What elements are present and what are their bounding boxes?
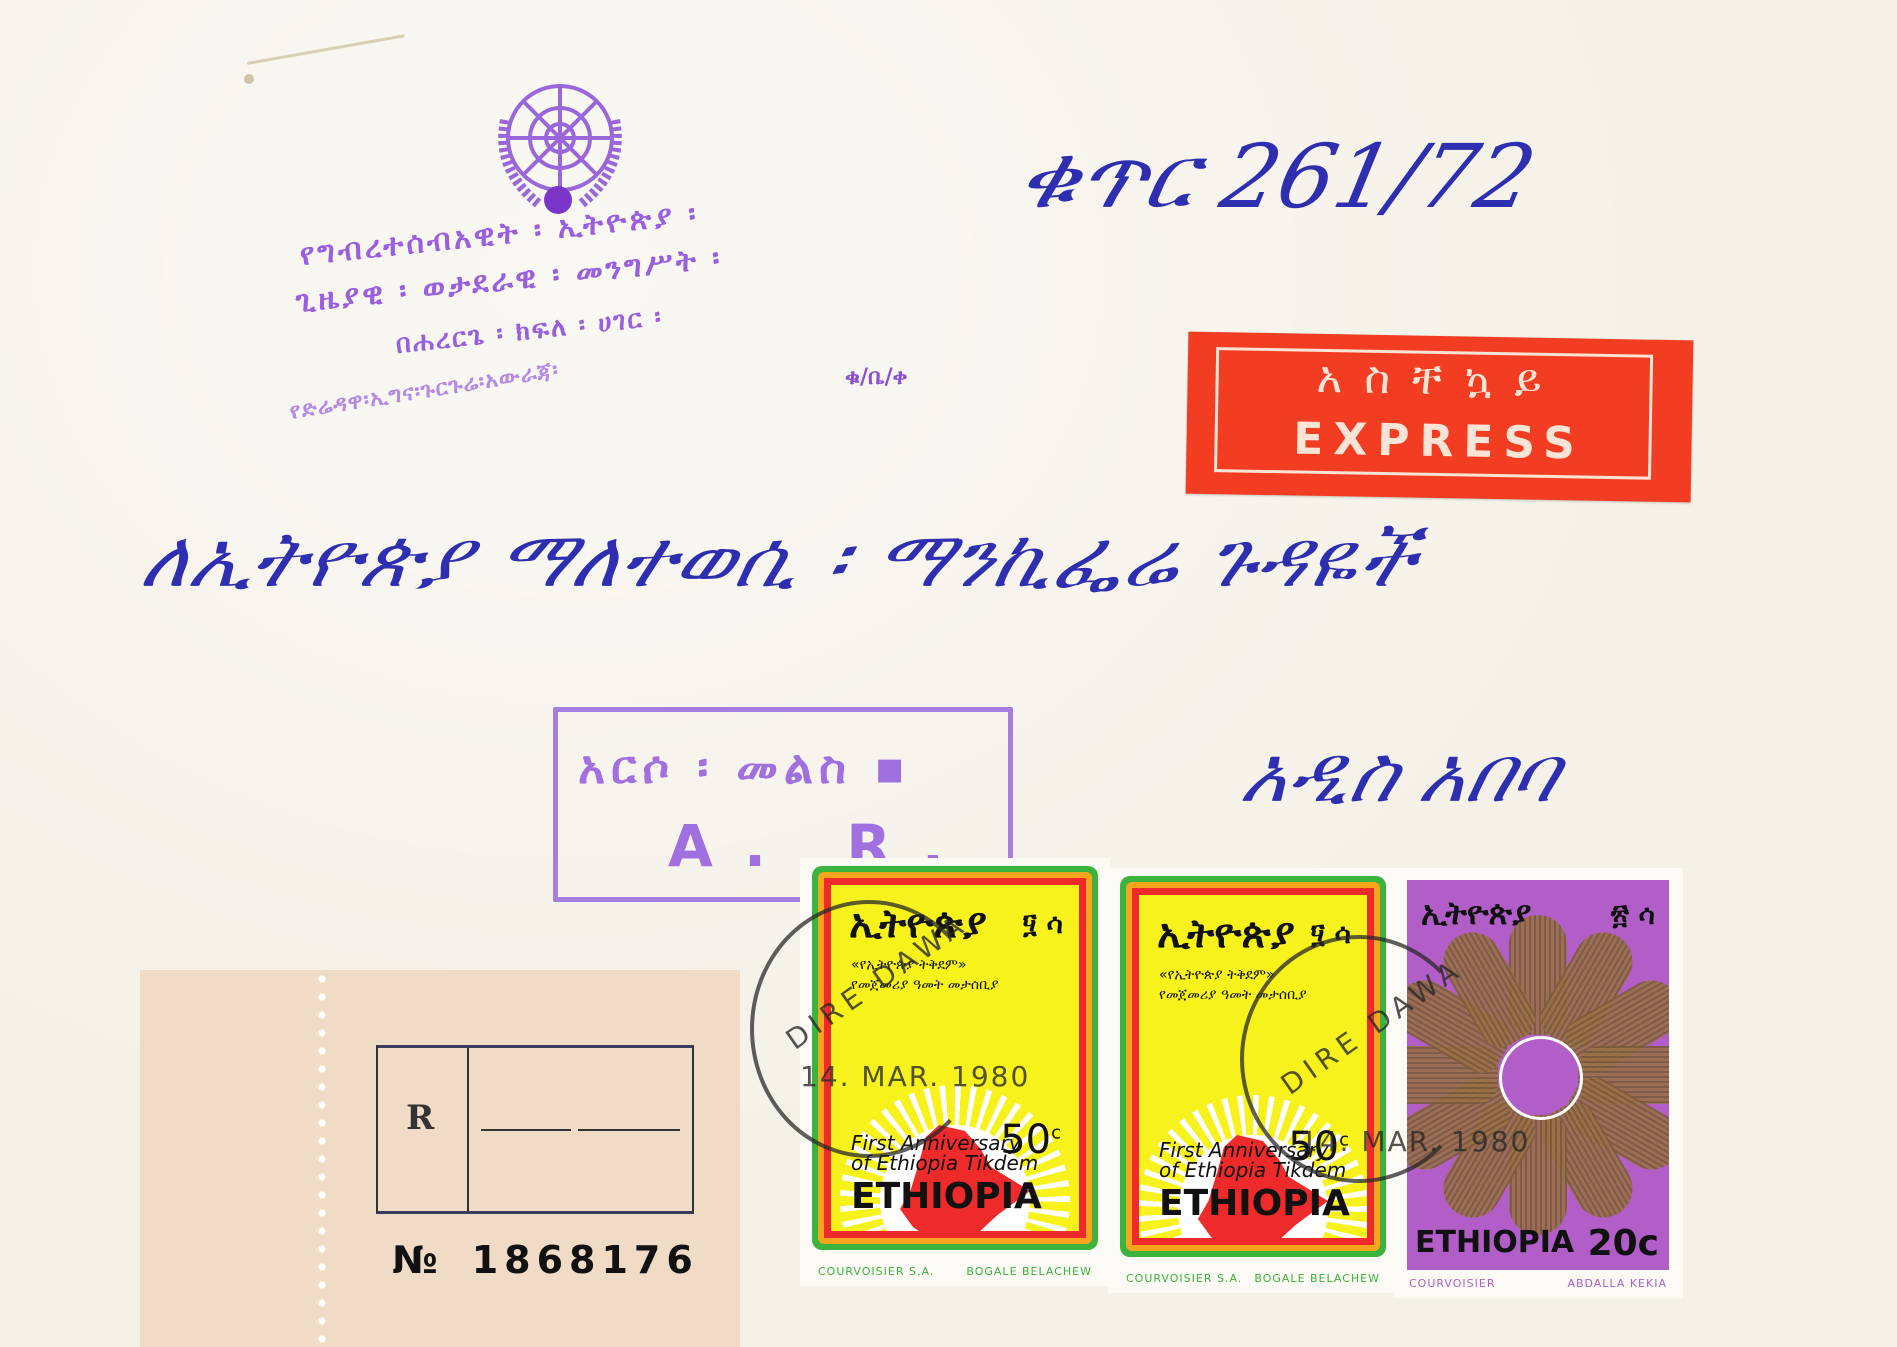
stamp-value-amharic: ፳ ሳ — [1611, 898, 1655, 932]
stamp-designer: ABDALLA KEKIA — [1567, 1277, 1667, 1290]
perforation — [318, 970, 326, 1347]
envelope: የግብረተሰብአዊት ፡ ኢትዮጵያ ፡ ጊዜያዊ ፡ ወታደራዊ ፡ መንግሥ… — [0, 0, 1897, 1347]
stamp-value: 20c — [1588, 1223, 1659, 1264]
registration-number: №1868176 — [392, 1238, 699, 1282]
stamp-country: ETHIOPIA — [1415, 1225, 1574, 1260]
official-stamp-ref: ቁ/ቤ/ቀ — [845, 365, 907, 390]
stamp-value: 50c — [1000, 1117, 1061, 1163]
divider — [467, 1048, 469, 1211]
registration-number-value: 1868176 — [472, 1238, 699, 1282]
handwritten-address: ለኢትዮጵያ ማለተወሲ ፡ ማንኪፌሬ ጉዳዬች — [133, 515, 1429, 606]
number-symbol: № — [392, 1238, 444, 1282]
express-english: EXPRESS — [1186, 412, 1692, 472]
stamp-country: ETHIOPIA — [851, 1176, 1042, 1217]
stamp-country-amharic: ኢትዮጵያ — [1421, 894, 1531, 933]
registration-box: R — [376, 1045, 694, 1214]
paper-mark — [244, 74, 254, 84]
stamp-printer: COURVOISIER — [1409, 1277, 1496, 1290]
stamp-designer: BOGALE BELACHEW — [1254, 1272, 1380, 1285]
cog-emblem-icon — [1499, 1036, 1583, 1120]
express-label: አስቸኳይ EXPRESS — [1186, 332, 1694, 503]
paper-crease — [247, 34, 405, 65]
stamp-value-amharic: ፶ ሳ — [1022, 907, 1063, 941]
registration-letter: R — [406, 1098, 434, 1138]
postmark-date: 14. MAR. 1980 — [1300, 1125, 1530, 1158]
handwritten-city: አዲስ አበባ — [1233, 730, 1571, 821]
stamp-printer: COURVOISIER S.A. — [818, 1265, 934, 1278]
stamp-printer: COURVOISIER S.A. — [1126, 1272, 1242, 1285]
official-stamp-line-4: የድሬዳዋ፡ኢግና፡ጉርጉሬ፡አውራጃ፡ — [288, 358, 560, 425]
blank-line — [578, 1129, 680, 1131]
stamp-designer: BOGALE BELACHEW — [966, 1265, 1092, 1278]
stamp-country: ETHIOPIA — [1159, 1183, 1350, 1224]
ar-amharic: አርሶ ፡ መልስ ▪ — [578, 740, 911, 796]
official-stamp-line-3: በሐረርጌ ፡ ክፍለ ፡ ሀገር ፡ — [394, 302, 664, 361]
stamp-country-amharic: ኢትዮጵያ — [1157, 911, 1295, 957]
registration-label: R №1868176 — [140, 970, 740, 1347]
official-emblem-icon — [480, 60, 640, 220]
blank-line — [481, 1129, 571, 1131]
postmark-date: 14. MAR. 1980 — [800, 1060, 1030, 1093]
express-amharic: አስቸኳይ — [1187, 350, 1693, 410]
handwritten-reference: ቁጥር 261/72 — [1009, 125, 1544, 230]
